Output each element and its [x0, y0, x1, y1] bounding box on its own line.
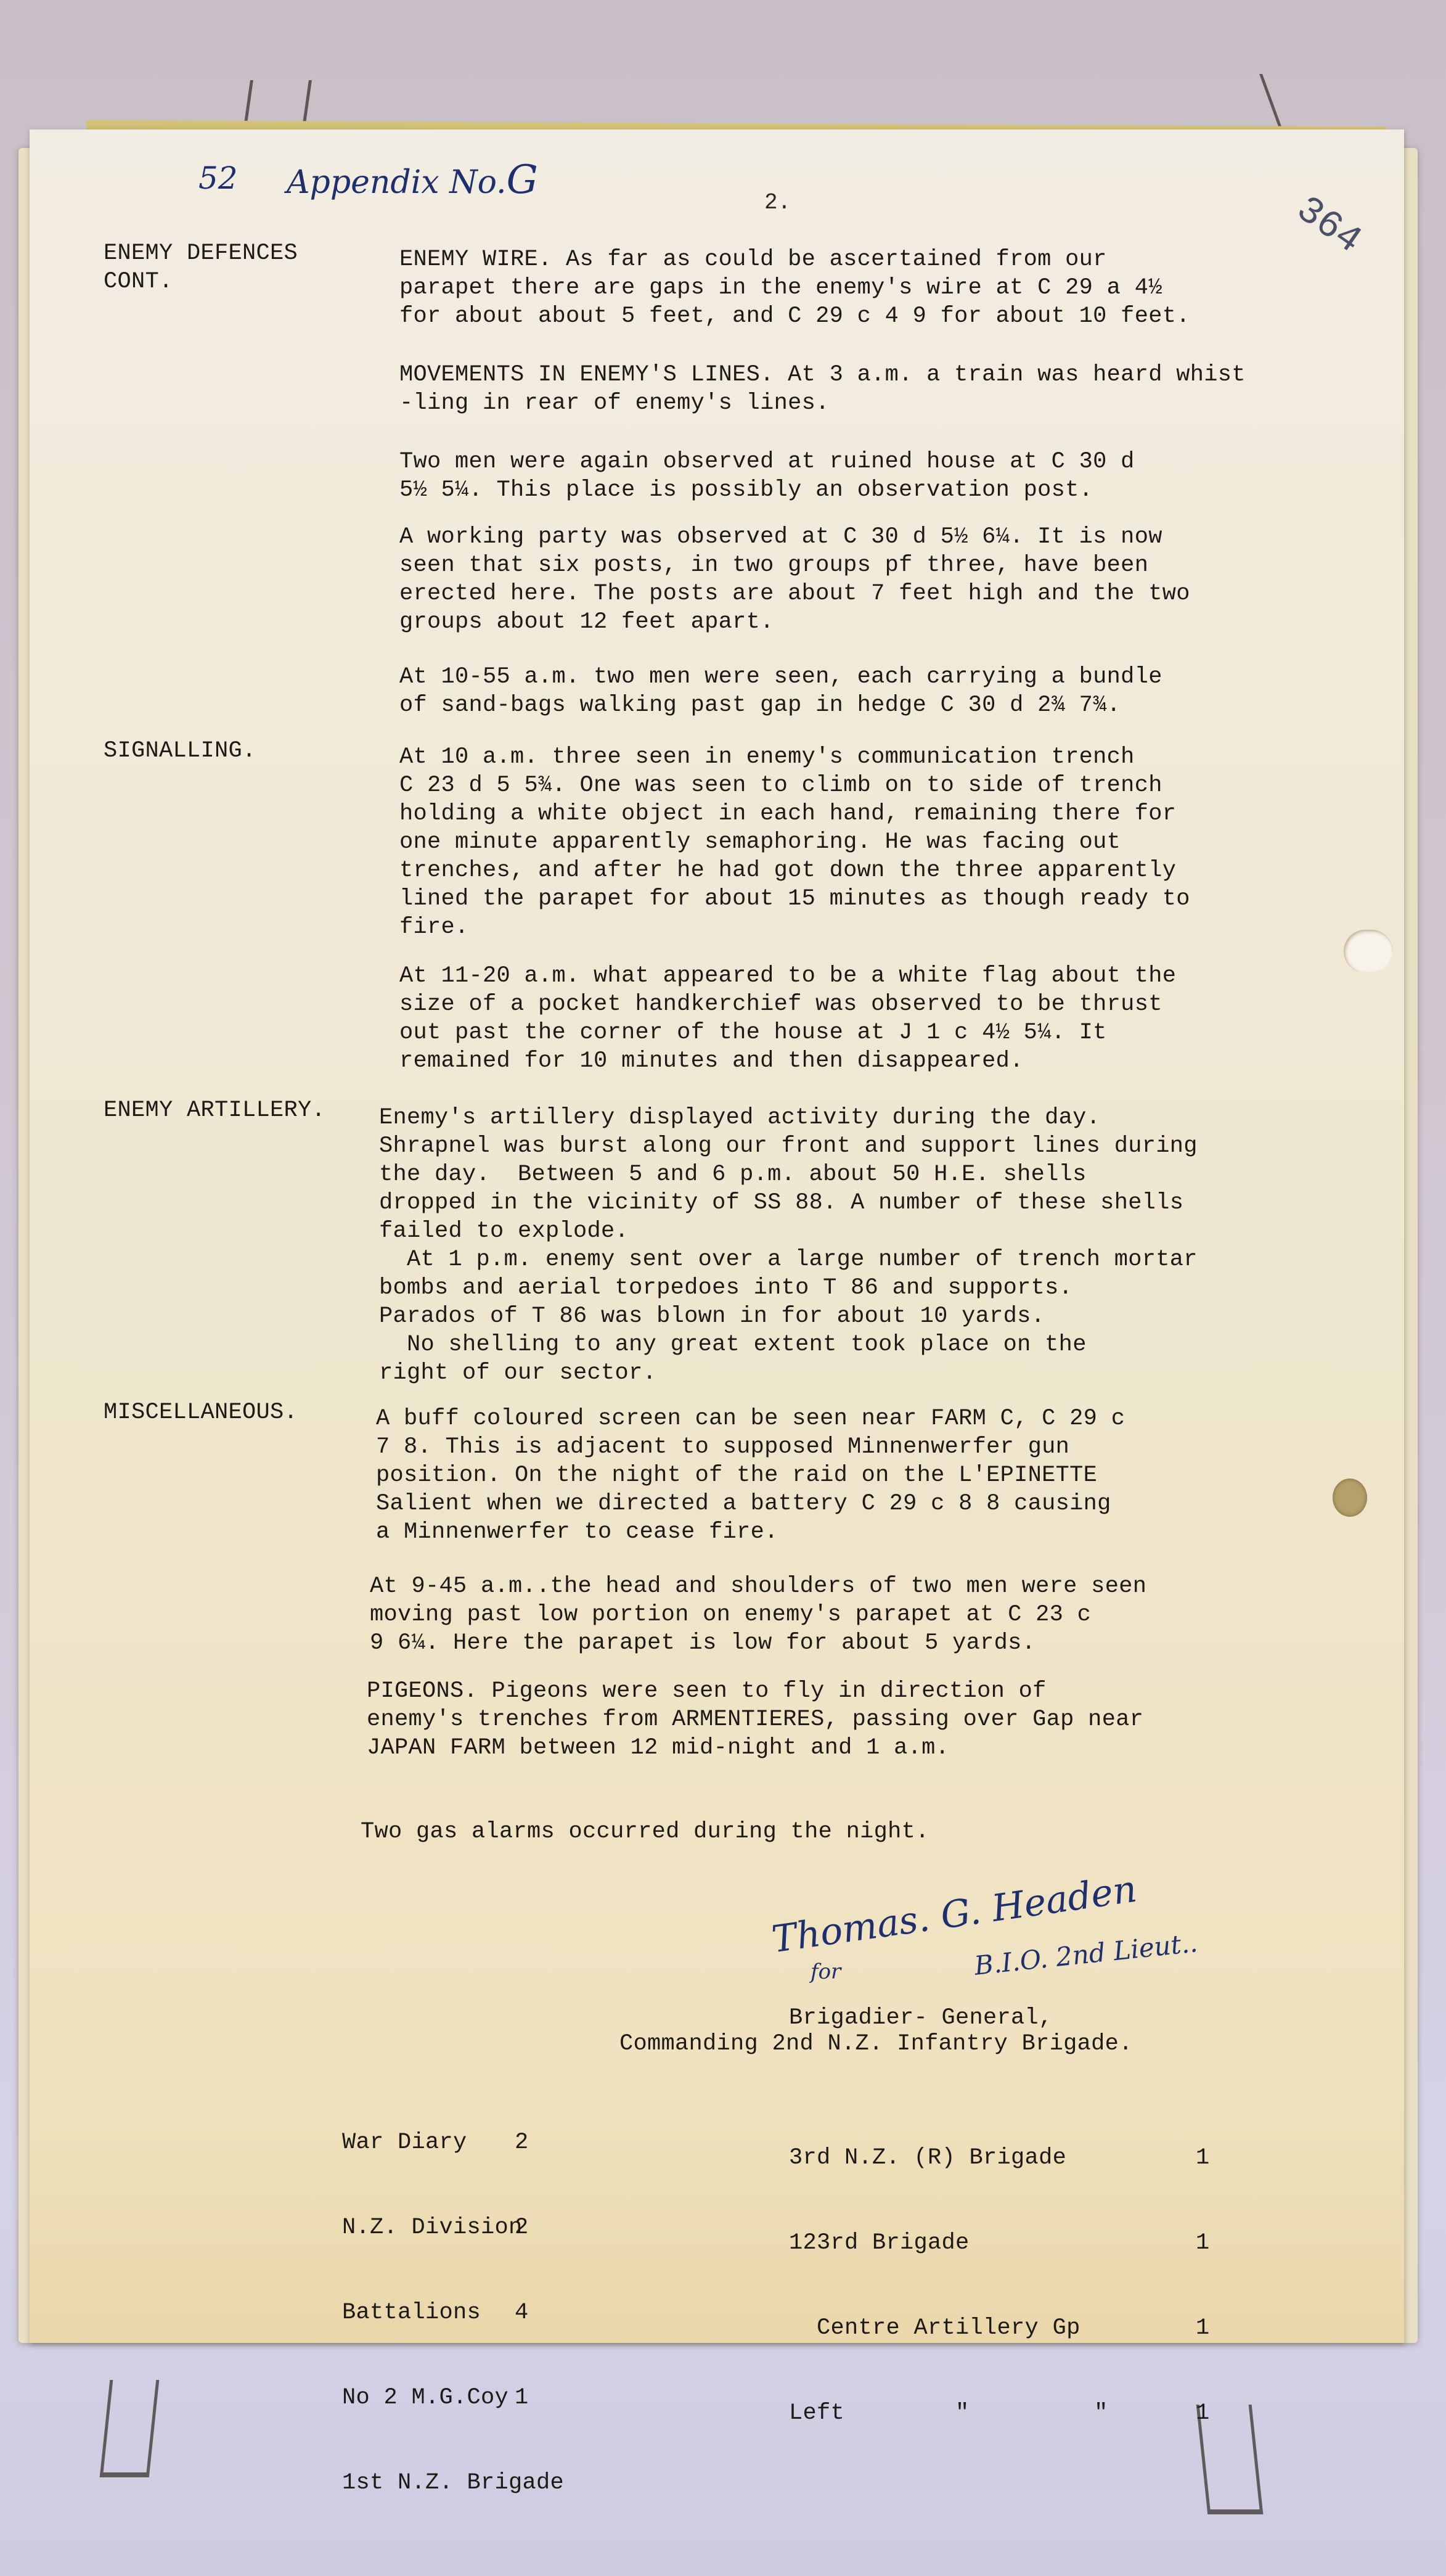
- recipient-name: 123rd Brigade: [789, 2229, 1196, 2257]
- recipient-name: No 2 M.G.Coy: [342, 2384, 515, 2412]
- appendix-value: G: [507, 157, 538, 203]
- paragraph-semaphoring: At 10 a.m. three seen in enemy's communi…: [399, 743, 1435, 941]
- paragraph-movements: MOVEMENTS IN ENEMY'S LINES. At 3 a.m. a …: [399, 361, 1435, 417]
- typed-rank: Brigadier- General,: [789, 2004, 1053, 2032]
- page-number: 2.: [764, 190, 791, 215]
- distribution-row: 1st N.Z. Brigade1: [342, 2469, 589, 2497]
- distribution-row: No 2 M.G.Coy1: [342, 2384, 589, 2412]
- paragraph-sand-bags: At 10-55 a.m. two men were seen, each ca…: [399, 663, 1435, 720]
- pencil-sketch-bottom-left: [100, 2380, 160, 2477]
- distribution-row: Battalions4: [342, 2299, 589, 2327]
- appendix-label-text: Appendix No.: [287, 164, 507, 201]
- paragraph-working-party: A working party was observed at C 30 d 5…: [399, 523, 1435, 636]
- paragraph-enemy-wire: ENEMY WIRE. As far as could be ascertain…: [399, 245, 1435, 330]
- recipient-name: War Diary: [342, 2128, 515, 2157]
- folio-number: 52: [198, 160, 238, 196]
- distribution-list-left: War Diary2 N.Z. Division2 Battalions4 No…: [342, 2072, 589, 2525]
- recipient-name: Battalions: [342, 2299, 515, 2327]
- paragraph-gas-alarms: Two gas alarms occurred during the night…: [361, 1818, 1396, 1846]
- distribution-row: 123rd Brigade1: [789, 2229, 1210, 2257]
- paragraph-pigeons: PIGEONS. Pigeons were seen to fly in dir…: [367, 1677, 1402, 1762]
- handwritten-for: for: [811, 1959, 841, 1984]
- recipient-name: Left " ": [789, 2399, 1196, 2427]
- recipient-name: N.Z. Division: [342, 2213, 515, 2242]
- recipient-name: Centre Artillery Gp: [789, 2314, 1196, 2342]
- copies-count: 1: [1196, 2229, 1210, 2257]
- section-heading-miscellaneous: MISCELLANEOUS.: [104, 1398, 375, 1427]
- pencil-sketch-top-right: [1259, 74, 1333, 131]
- copies-count: 1: [1196, 2399, 1210, 2427]
- copies-count: 1: [1196, 2144, 1210, 2172]
- distribution-row: War Diary2: [342, 2128, 589, 2157]
- distribution-row: Left " "1: [789, 2399, 1210, 2427]
- paragraph-white-flag: At 11-20 a.m. what appeared to be a whit…: [399, 962, 1435, 1075]
- paragraph-artillery: Enemy's artillery displayed activity dur…: [379, 1104, 1415, 1387]
- section-heading-enemy-defences: ENEMY DEFENCES CONT.: [104, 239, 375, 296]
- copies-count: 1: [1196, 2314, 1210, 2342]
- copies-count: 2: [515, 2128, 529, 2157]
- paragraph-head-shoulders: At 9-45 a.m..the head and shoulders of t…: [370, 1572, 1405, 1657]
- copies-count: 2: [515, 2213, 529, 2242]
- typed-command: Commanding 2nd N.Z. Infantry Brigade.: [619, 2030, 1133, 2058]
- distribution-row: N.Z. Division2: [342, 2213, 589, 2242]
- distribution-list-right: 3rd N.Z. (R) Brigade1 123rd Brigade1 Cen…: [789, 2087, 1210, 2456]
- distribution-row: Centre Artillery Gp1: [789, 2314, 1210, 2342]
- paragraph-ruined-house: Two men were again observed at ruined ho…: [399, 448, 1435, 504]
- copies-count: 4: [515, 2299, 529, 2327]
- recipient-name: 3rd N.Z. (R) Brigade: [789, 2144, 1196, 2172]
- distribution-row: 3rd N.Z. (R) Brigade1: [789, 2144, 1210, 2172]
- section-heading-signalling: SIGNALLING.: [104, 737, 375, 765]
- copies-count: 1: [515, 2384, 529, 2412]
- paragraph-buff-screen: A buff coloured screen can be seen near …: [376, 1405, 1411, 1546]
- section-heading-enemy-artillery: ENEMY ARTILLERY.: [104, 1096, 375, 1125]
- recipient-name: 1st N.Z. Brigade: [342, 2469, 589, 2497]
- appendix-label: Appendix No.G: [287, 157, 538, 203]
